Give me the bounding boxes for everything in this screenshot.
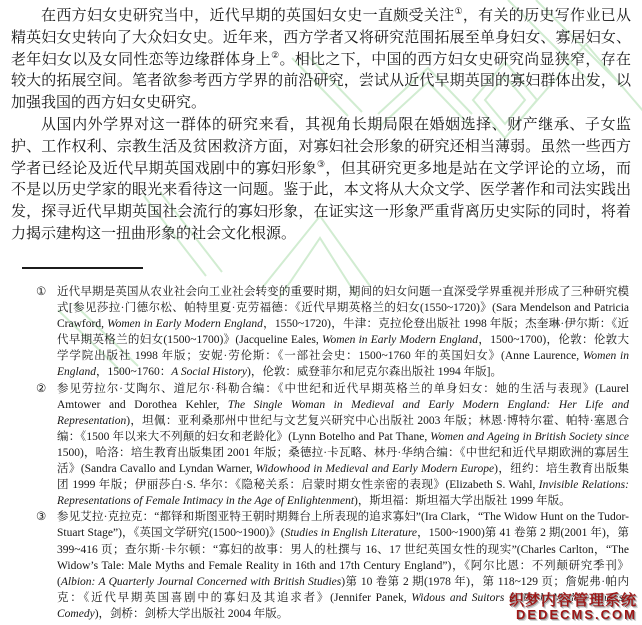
text-run: ，1500~1760： xyxy=(96,366,171,378)
italic-citation-title: A Social History xyxy=(171,366,247,378)
italic-citation-title: Albion: A Quarterly Journal Concerned wi… xyxy=(61,576,341,588)
watermark-badge-cn-line: 织梦内容管理系统 xyxy=(509,593,637,609)
italic-citation-title: Women and Ageing in British Society sinc… xyxy=(430,431,629,443)
footnotes-section: ①近代早期是英国从农业社会向工业社会转变的重要时期，期间的妇女问题一直深受学界重… xyxy=(36,284,629,622)
footnote-separator xyxy=(22,267,143,269)
body-paragraph: 在西方妇女史研究当中，近代早期的英国妇女史一直颇受关注①，有关的历史写作业已从精… xyxy=(11,6,631,115)
footnote-ref-marker: ① xyxy=(454,6,462,16)
italic-citation-title: Women in Early Modern England xyxy=(107,318,263,330)
footnote-marker: ② xyxy=(36,381,57,397)
text-run: 在西方妇女史研究当中，近代早期的英国妇女史一直颇受关注 xyxy=(41,8,454,24)
body-paragraph: 从国内外学界对这一群体的研究来看，其视角长期局限在婚姻选择、财产继承、子女监护、… xyxy=(11,115,631,246)
footnote-item: ②参见劳拉尔·艾陶尔、道尼尔·科勒合编：《中世纪和近代早期英格兰的单身妇女：她的… xyxy=(36,381,629,510)
footnote-marker: ③ xyxy=(36,509,57,525)
italic-citation-title: Widowhood in Medieval and Early Modern E… xyxy=(256,463,494,475)
text-run: )，斯坦福：斯坦福大学出版社 1999 年版。 xyxy=(354,495,571,507)
text-run: )，伦敦：威登菲尔和尼克尔森出版社 1994 年版]。 xyxy=(247,366,502,378)
italic-citation-title: Studies in English Literature xyxy=(285,527,417,539)
document-page: 在西方妇女史研究当中，近代早期的英国妇女史一直颇受关注①，有关的历史写作业已从精… xyxy=(0,0,642,625)
watermark-badge-domain-line: DEDECMS.COM xyxy=(509,608,637,622)
italic-citation-title: Women in Early Modern England xyxy=(322,334,478,346)
footnote-text: 近代早期是英国从农业社会向工业社会转变的重要时期，期间的妇女问题一直深受学界重视… xyxy=(57,284,629,381)
watermark-badge: 织梦内容管理系统 DEDECMS.COM xyxy=(509,593,637,622)
footnote-item: ①近代早期是英国从农业社会向工业社会转变的重要时期，期间的妇女问题一直深受学界重… xyxy=(36,284,629,381)
text-run: )，剑桥：剑桥大学出版社 2004 年版。 xyxy=(95,608,289,620)
footnote-text: 参见劳拉尔·艾陶尔、道尼尔·科勒合编：《中世纪和近代早期英格兰的单身妇女：她的生… xyxy=(57,381,629,510)
footnote-marker: ① xyxy=(36,284,57,300)
article-body: 在西方妇女史研究当中，近代早期的英国妇女史一直颇受关注①，有关的历史写作业已从精… xyxy=(11,6,631,246)
